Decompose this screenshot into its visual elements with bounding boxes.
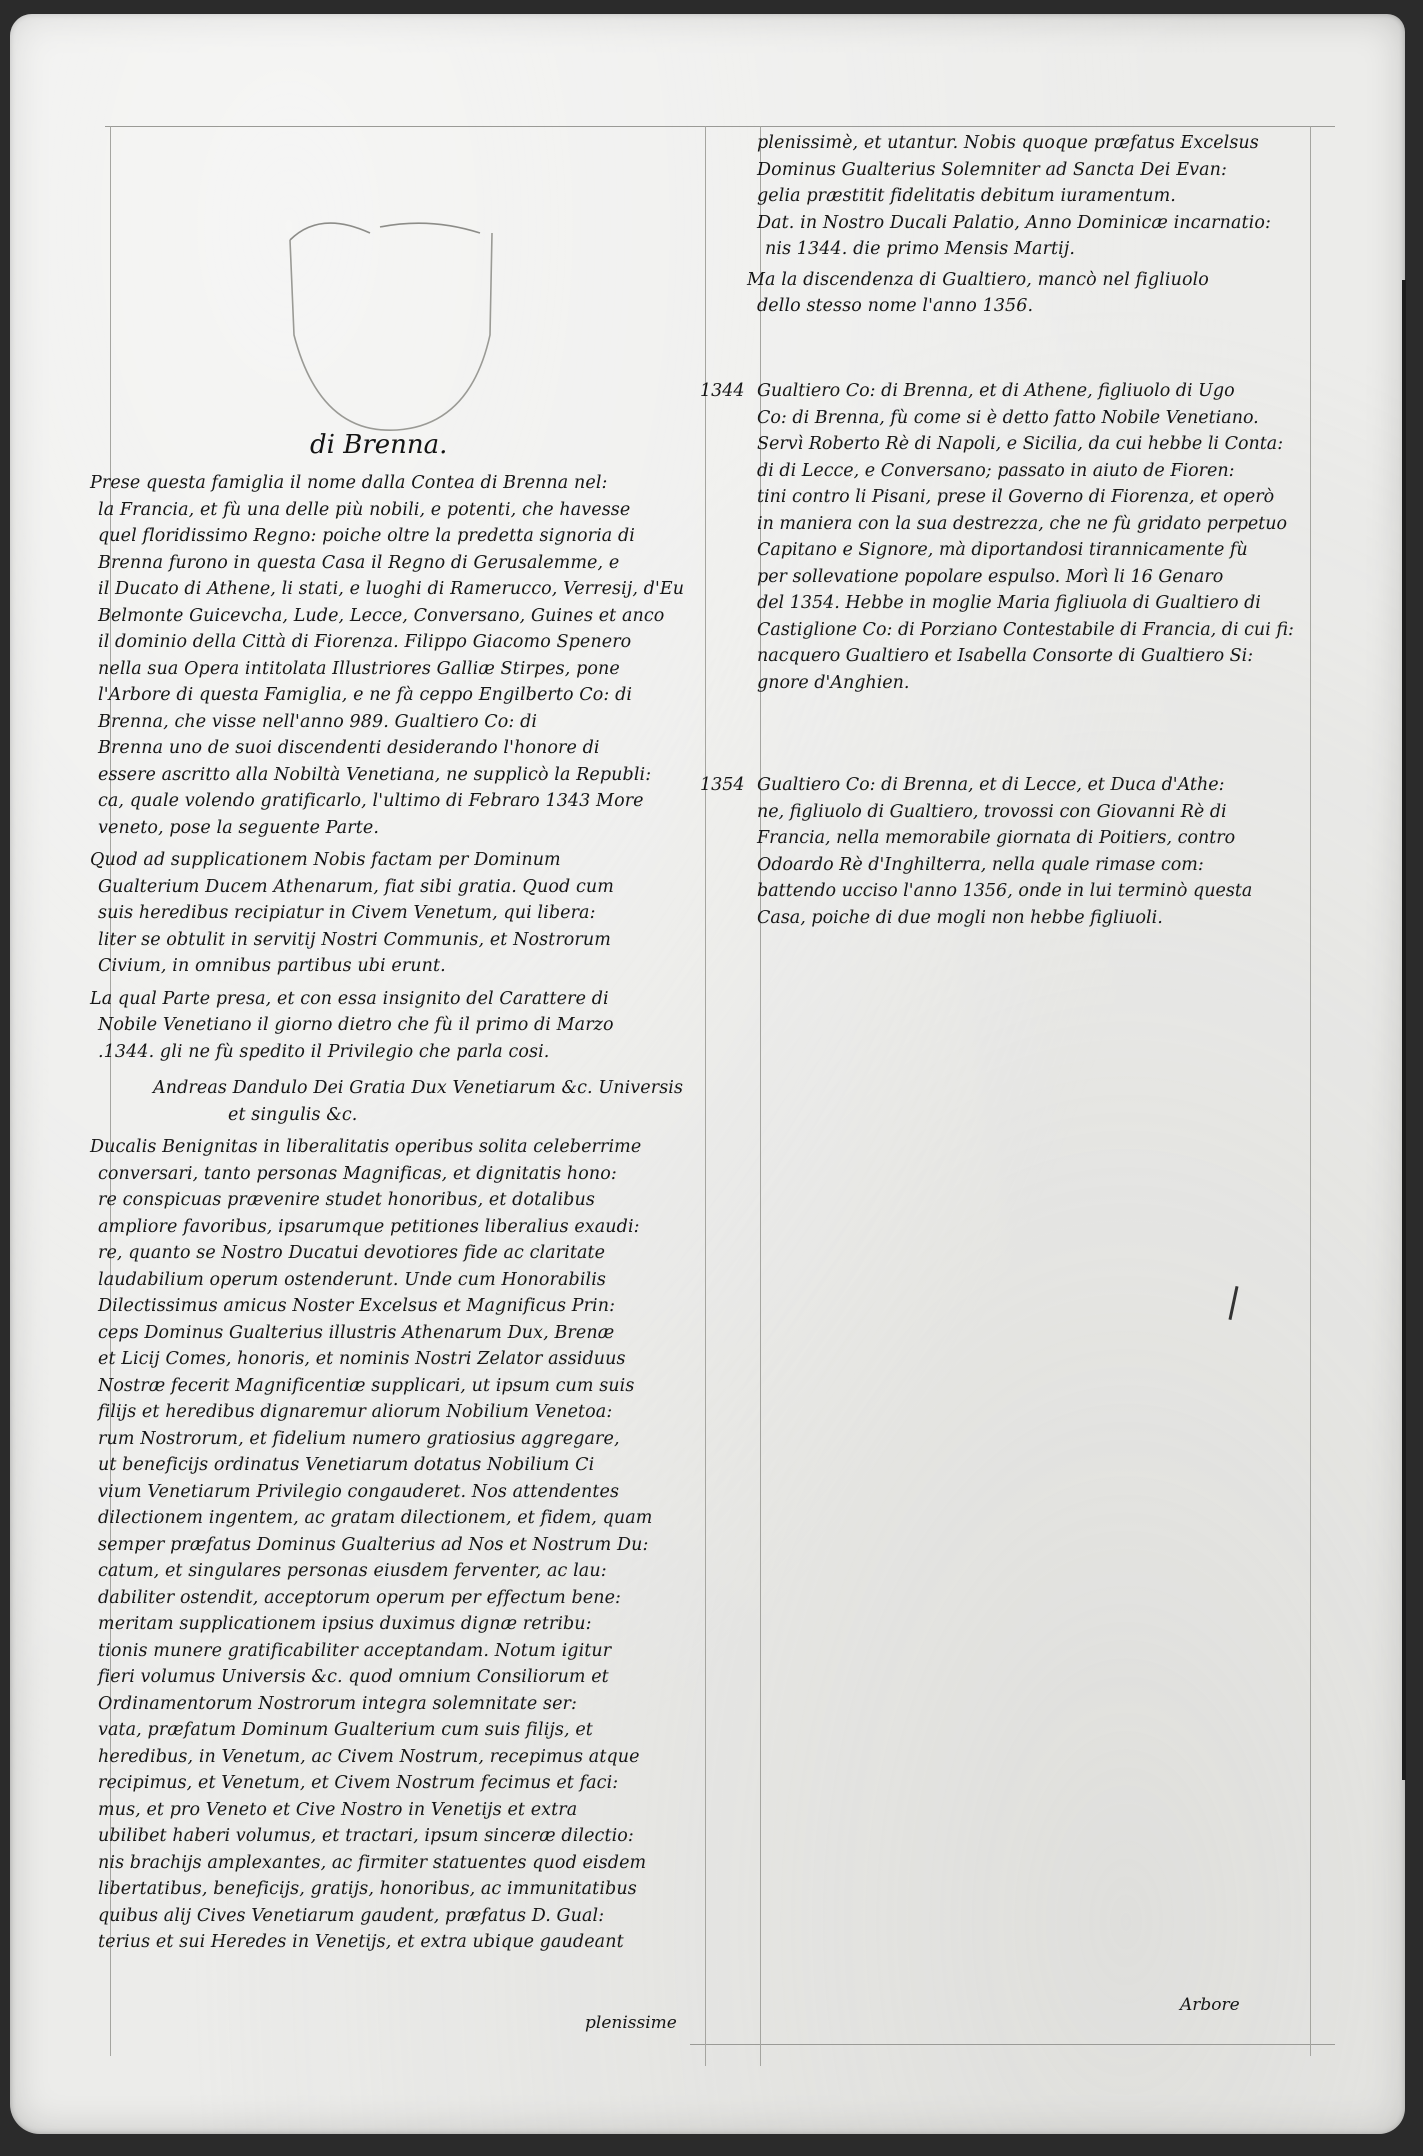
text-line: di di Lecce, e Conversano; passato in ai… xyxy=(757,458,1350,485)
text-line: Prese questa famiglia il nome dalla Cont… xyxy=(90,470,703,497)
note-line: dello stesso nome l'anno 1356. xyxy=(757,293,1337,320)
text-line: il dominio della Città di Fiorenza. Fili… xyxy=(98,629,703,656)
text-line: Belmonte Guicevcha, Lude, Lecce, Convers… xyxy=(98,603,703,630)
text-line: nacquero Gualtiero et Isabella Consorte … xyxy=(757,643,1350,670)
right-catchword: Arbore xyxy=(1180,1995,1240,2015)
text-line: dabiliter ostendit, acceptorum operum pe… xyxy=(98,1585,703,1612)
text-line: tionis munere gratificabiliter acceptand… xyxy=(98,1638,703,1665)
page-edge-shadow xyxy=(1402,280,1406,1780)
text-line: Capitano e Signore, mà diportandosi tira… xyxy=(757,537,1350,564)
dating-line: Dat. in Nostro Ducali Palatio, Anno Domi… xyxy=(757,210,1337,237)
text-line: tini contro li Pisani, prese il Governo … xyxy=(757,484,1350,511)
text-line: Dominus Gualterius Solemniter ad Sancta … xyxy=(757,157,1337,184)
text-line: l'Arbore di questa Famiglia, e ne fà cep… xyxy=(98,682,703,709)
text-line: nella sua Opera intitolata Illustriores … xyxy=(98,656,703,683)
text-line: terius et sui Heredes in Venetijs, et ex… xyxy=(98,1929,703,1956)
text-line: catum, et singulares personas eiusdem fe… xyxy=(98,1558,703,1585)
dating-line: nis 1344. die primo Mensis Martij. xyxy=(757,236,1337,263)
ink-stroke-mark xyxy=(1228,1286,1238,1320)
text-line: vium Venetiarum Privilegio congauderet. … xyxy=(98,1479,703,1506)
text-line: per sollevatione popolare espulso. Morì … xyxy=(757,564,1350,591)
text-line: Gualterium Ducem Athenarum, fiat sibi gr… xyxy=(98,874,703,901)
text-line: Castiglione Co: di Porziano Contestabile… xyxy=(757,617,1350,644)
top-frame-rule xyxy=(105,126,1335,127)
text-line: plenissimè, et utantur. Nobis quoque præ… xyxy=(757,130,1337,157)
text-line: ca, quale volendo gratificarlo, l'ultimo… xyxy=(98,788,703,815)
text-line: rum Nostrorum, et fidelium numero gratio… xyxy=(98,1426,703,1453)
text-line: ceps Dominus Gualterius illustris Athena… xyxy=(98,1320,703,1347)
text-line: et singulis &c. xyxy=(98,1102,703,1129)
text-line: Francia, nella memorabile giornata di Po… xyxy=(757,825,1350,852)
text-line: re conspicuas prævenire studet honoribus… xyxy=(98,1187,703,1214)
text-line: Brenna, che visse nell'anno 989. Gualtie… xyxy=(98,709,703,736)
text-line: Nobile Venetiano il giorno dietro che fù… xyxy=(98,1012,703,1039)
text-line: filijs et heredibus dignaremur aliorum N… xyxy=(98,1399,703,1426)
text-line: Servì Roberto Rè di Napoli, e Sicilia, d… xyxy=(757,431,1350,458)
text-line: nis brachijs amplexantes, ac firmiter st… xyxy=(98,1850,703,1877)
family-heading: di Brenna. xyxy=(310,430,447,460)
entry-year: 1354 xyxy=(700,772,745,799)
text-line: ampliore favoribus, ipsarumque petitione… xyxy=(98,1214,703,1241)
text-line: Gualtiero Co: di Brenna, et di Athene, f… xyxy=(757,378,1350,405)
text-line: del 1354. Hebbe in moglie Maria figliuol… xyxy=(757,590,1350,617)
text-line: laudabilium operum ostenderunt. Unde cum… xyxy=(98,1267,703,1294)
text-line: Ordinamentorum Nostrorum integra solemni… xyxy=(98,1691,703,1718)
text-line: veneto, pose la seguente Parte. xyxy=(98,815,703,842)
text-line: meritam supplicationem ipsius duximus di… xyxy=(98,1611,703,1638)
text-line: Ducalis Benignitas in liberalitatis oper… xyxy=(90,1134,703,1161)
entry-body: Gualtiero Co: di Brenna, et di Athene, f… xyxy=(700,378,1350,696)
narration-paragraph: La qual Parte presa, et con essa insigni… xyxy=(98,986,703,1066)
text-line: in maniera con la sua destrezza, che ne … xyxy=(757,511,1350,538)
text-line: dilectionem ingentem, ac gratam dilectio… xyxy=(98,1505,703,1532)
left-catchword: plenissime xyxy=(585,2013,677,2033)
entry-body: Gualtiero Co: di Brenna, et di Lecce, et… xyxy=(700,772,1350,931)
text-line: semper præfatus Dominus Gualterius ad No… xyxy=(98,1532,703,1559)
bleed-through-text xyxy=(770,974,1310,1040)
text-line: La qual Parte presa, et con essa insigni… xyxy=(90,986,703,1013)
text-line: la Francia, et fù una delle più nobili, … xyxy=(98,497,703,524)
text-line: mus, et pro Veneto et Cive Nostro in Ven… xyxy=(98,1797,703,1824)
text-line: Quod ad supplicationem Nobis factam per … xyxy=(90,847,703,874)
text-line: essere ascritto alla Nobiltà Venetiana, … xyxy=(98,762,703,789)
text-line: Co: di Brenna, fù come si è detto fatto … xyxy=(757,405,1350,432)
genealogy-entry-1344: 1344 Gualtiero Co: di Brenna, et di Athe… xyxy=(700,378,1350,696)
text-line: heredibus, in Venetum, ac Civem Nostrum,… xyxy=(98,1744,703,1771)
text-line: gnore d'Anghien. xyxy=(757,670,1350,697)
text-line: recipimus, et Venetum, et Civem Nostrum … xyxy=(98,1770,703,1797)
decree-paragraph: Quod ad supplicationem Nobis factam per … xyxy=(98,847,703,980)
text-line: .1344. gli ne fù spedito il Privilegio c… xyxy=(98,1039,703,1066)
text-line: suis heredibus recipiatur in Civem Venet… xyxy=(98,900,703,927)
text-line: Andreas Dandulo Dei Gratia Dux Venetiaru… xyxy=(98,1075,703,1102)
note-line: Ma la discendenza di Gualtiero, mancò ne… xyxy=(747,267,1337,294)
genealogy-entry-1354: 1354 Gualtiero Co: di Brenna, et di Lecc… xyxy=(700,772,1350,931)
text-line: ut beneficijs ordinatus Venetiarum dotat… xyxy=(98,1452,703,1479)
text-line: et Licij Comes, honoris, et nominis Nost… xyxy=(98,1346,703,1373)
text-line: liter se obtulit in servitij Nostri Comm… xyxy=(98,927,703,954)
text-line: Dilectissimus amicus Noster Excelsus et … xyxy=(98,1293,703,1320)
text-line: re, quanto se Nostro Ducatui devotiores … xyxy=(98,1240,703,1267)
text-line: Civium, in omnibus partibus ubi erunt. xyxy=(98,953,703,980)
text-line: vata, præfatum Dominum Gualterium cum su… xyxy=(98,1717,703,1744)
text-line: ubilibet haberi volumus, et tractari, ip… xyxy=(98,1823,703,1850)
text-line: Nostræ fecerit Magnificentiæ supplicari,… xyxy=(98,1373,703,1400)
text-line: conversari, tanto personas Magnificas, e… xyxy=(98,1161,703,1188)
salutation-paragraph: Andreas Dandulo Dei Gratia Dux Venetiaru… xyxy=(98,1075,703,1128)
bottom-frame-rule xyxy=(690,2044,1335,2045)
text-line: gelia præstitit fidelitatis debitum iura… xyxy=(757,183,1337,210)
left-column: Prese questa famiglia il nome dalla Cont… xyxy=(98,470,703,1962)
text-line: quibus alij Cives Venetiarum gaudent, pr… xyxy=(98,1903,703,1930)
text-line: Brenna furono in questa Casa il Regno di… xyxy=(98,550,703,577)
text-line: quel floridissimo Regno: poiche oltre la… xyxy=(98,523,703,550)
entry-year: 1344 xyxy=(700,378,745,405)
text-line: libertatibus, beneficijs, gratijs, honor… xyxy=(98,1876,703,1903)
intro-paragraph: Prese questa famiglia il nome dalla Cont… xyxy=(98,470,703,841)
text-line: il Ducato di Athene, li stati, e luoghi … xyxy=(98,576,703,603)
text-line: Brenna uno de suoi discendenti desideran… xyxy=(98,735,703,762)
text-line: battendo ucciso l'anno 1356, onde in lui… xyxy=(757,878,1350,905)
privilege-paragraph: Ducalis Benignitas in liberalitatis oper… xyxy=(98,1134,703,1956)
text-line: ne, figliuolo di Gualtiero, trovossi con… xyxy=(757,799,1350,826)
right-column-continuation: plenissimè, et utantur. Nobis quoque præ… xyxy=(757,130,1337,320)
coat-of-arms-shield-icon xyxy=(280,205,515,440)
text-line: Odoardo Rè d'Inghilterra, nella quale ri… xyxy=(757,852,1350,879)
text-line: Gualtiero Co: di Brenna, et di Lecce, et… xyxy=(757,772,1350,799)
text-line: Casa, poiche di due mogli non hebbe figl… xyxy=(757,905,1350,932)
text-line: fieri volumus Universis &c. quod omnium … xyxy=(98,1664,703,1691)
